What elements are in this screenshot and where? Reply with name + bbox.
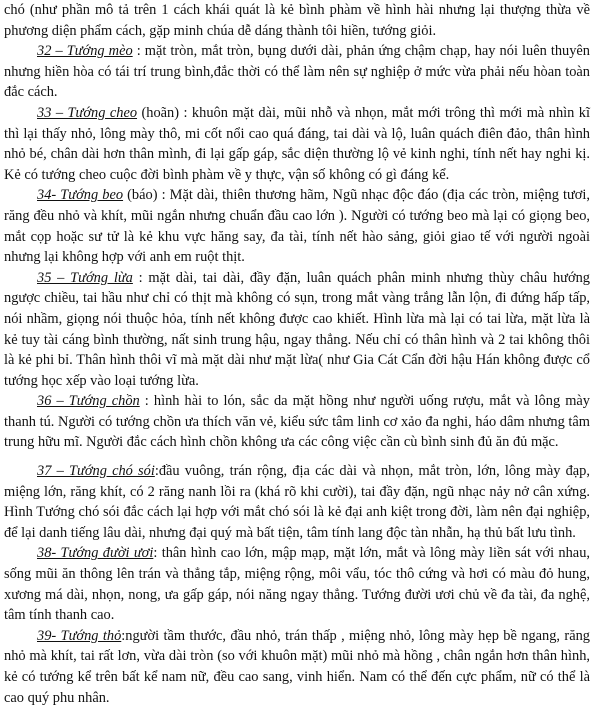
section-35: 35 – Tướng lừa : mặt dài, tai dài, đầy đ… — [4, 268, 590, 392]
section-37: 37 – Tướng chó sói:đầu vuông, trán rộng,… — [4, 461, 590, 543]
section-title: 35 – Tướng lừa — [37, 270, 133, 286]
section-body: : mặt dài, tai dài, đầy đặn, luân quách … — [4, 270, 590, 389]
section-title: 39- Tướng thỏ — [37, 628, 121, 644]
section-title: 38- Tướng đười ươi — [37, 545, 153, 561]
section-36: 36 – Tướng chồn : hình hài to lón, sắc d… — [4, 391, 590, 453]
section-title: 36 – Tướng chồn — [37, 393, 140, 409]
section-title: 32 – Tướng mèo — [37, 43, 133, 59]
section-title: 33 – Tướng cheo — [37, 105, 137, 121]
section-34: 34- Tướng beo (báo) : Mặt dài, thiên thư… — [4, 185, 590, 267]
section-38: 38- Tướng đười ươi: thân hình cao lớn, m… — [4, 543, 590, 625]
document-page: chó (như phần mô tả trên 1 cách khái quá… — [4, 0, 590, 690]
section-33: 33 – Tướng cheo (hoãn) : khuôn mặt dài, … — [4, 103, 590, 185]
continuation-paragraph: chó (như phần mô tả trên 1 cách khái quá… — [4, 0, 590, 41]
section-title: 37 – Tướng chó sói — [37, 463, 155, 479]
section-39: 39- Tướng thỏ:người tầm thước, đầu nhỏ, … — [4, 626, 590, 690]
section-32: 32 – Tướng mèo : mặt tròn, mắt tròn, bụn… — [4, 41, 590, 103]
section-title: 34- Tướng beo — [37, 187, 123, 203]
